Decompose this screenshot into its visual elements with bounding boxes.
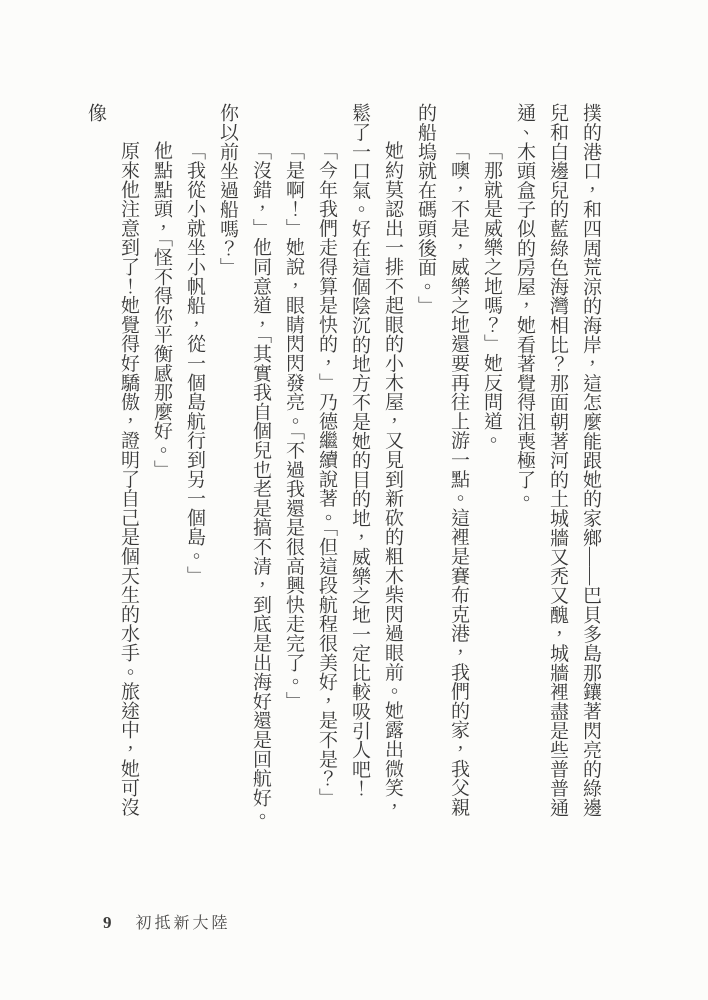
paragraph: 「是啊！」她說，眼睛閃閃發亮。「不過我還是很高興快走完了。」 <box>277 103 310 835</box>
chapter-title: 初抵新大陸 <box>136 910 231 933</box>
page-footer: 9 初抵新大陸 <box>103 910 231 933</box>
paragraph: 「那就是威樂之地嗎？」她反問道。 <box>475 103 508 835</box>
paragraph: 「我從小就坐小帆船，從一個島航行到另一個島。」 <box>178 103 211 835</box>
paragraph: 原來他注意到了！她覺得好驕傲，證明了自己是個天生的水手。旅途中，她可沒像 <box>79 103 145 835</box>
book-page: 撲的港口，和四周荒涼的海岸，這怎麼能跟她的家鄉——巴貝多島那鑲著閃亮的綠邊兒和白… <box>0 0 708 1000</box>
paragraph: 她約莫認出一排不起眼的小木屋，又見到新砍的粗木柴閃過眼前。她露出微笑，鬆了一口氣… <box>343 103 409 835</box>
paragraph: 「噢，不是，威樂之地還要再往上游一點。這裡是賽布克港，我們的家，我父親的船塢就在… <box>409 103 475 835</box>
paragraph: 撲的港口，和四周荒涼的海岸，這怎麼能跟她的家鄉——巴貝多島那鑲著閃亮的綠邊兒和白… <box>508 103 607 835</box>
vertical-text-block: 撲的港口，和四周荒涼的海岸，這怎麼能跟她的家鄉——巴貝多島那鑲著閃亮的綠邊兒和白… <box>79 103 607 835</box>
paragraph: 「今年我們走得算是快的，」乃德繼續說著。「但這段航程很美好，是不是？」 <box>310 103 343 835</box>
paragraph: 「沒錯，」他同意道，「其實我自個兒也老是搞不清，到底是出海好還是回航好。你以前坐… <box>211 103 277 835</box>
page-number: 9 <box>103 913 112 933</box>
paragraph: 他點點頭，「怪不得你平衡感那麼好。」 <box>145 103 178 835</box>
